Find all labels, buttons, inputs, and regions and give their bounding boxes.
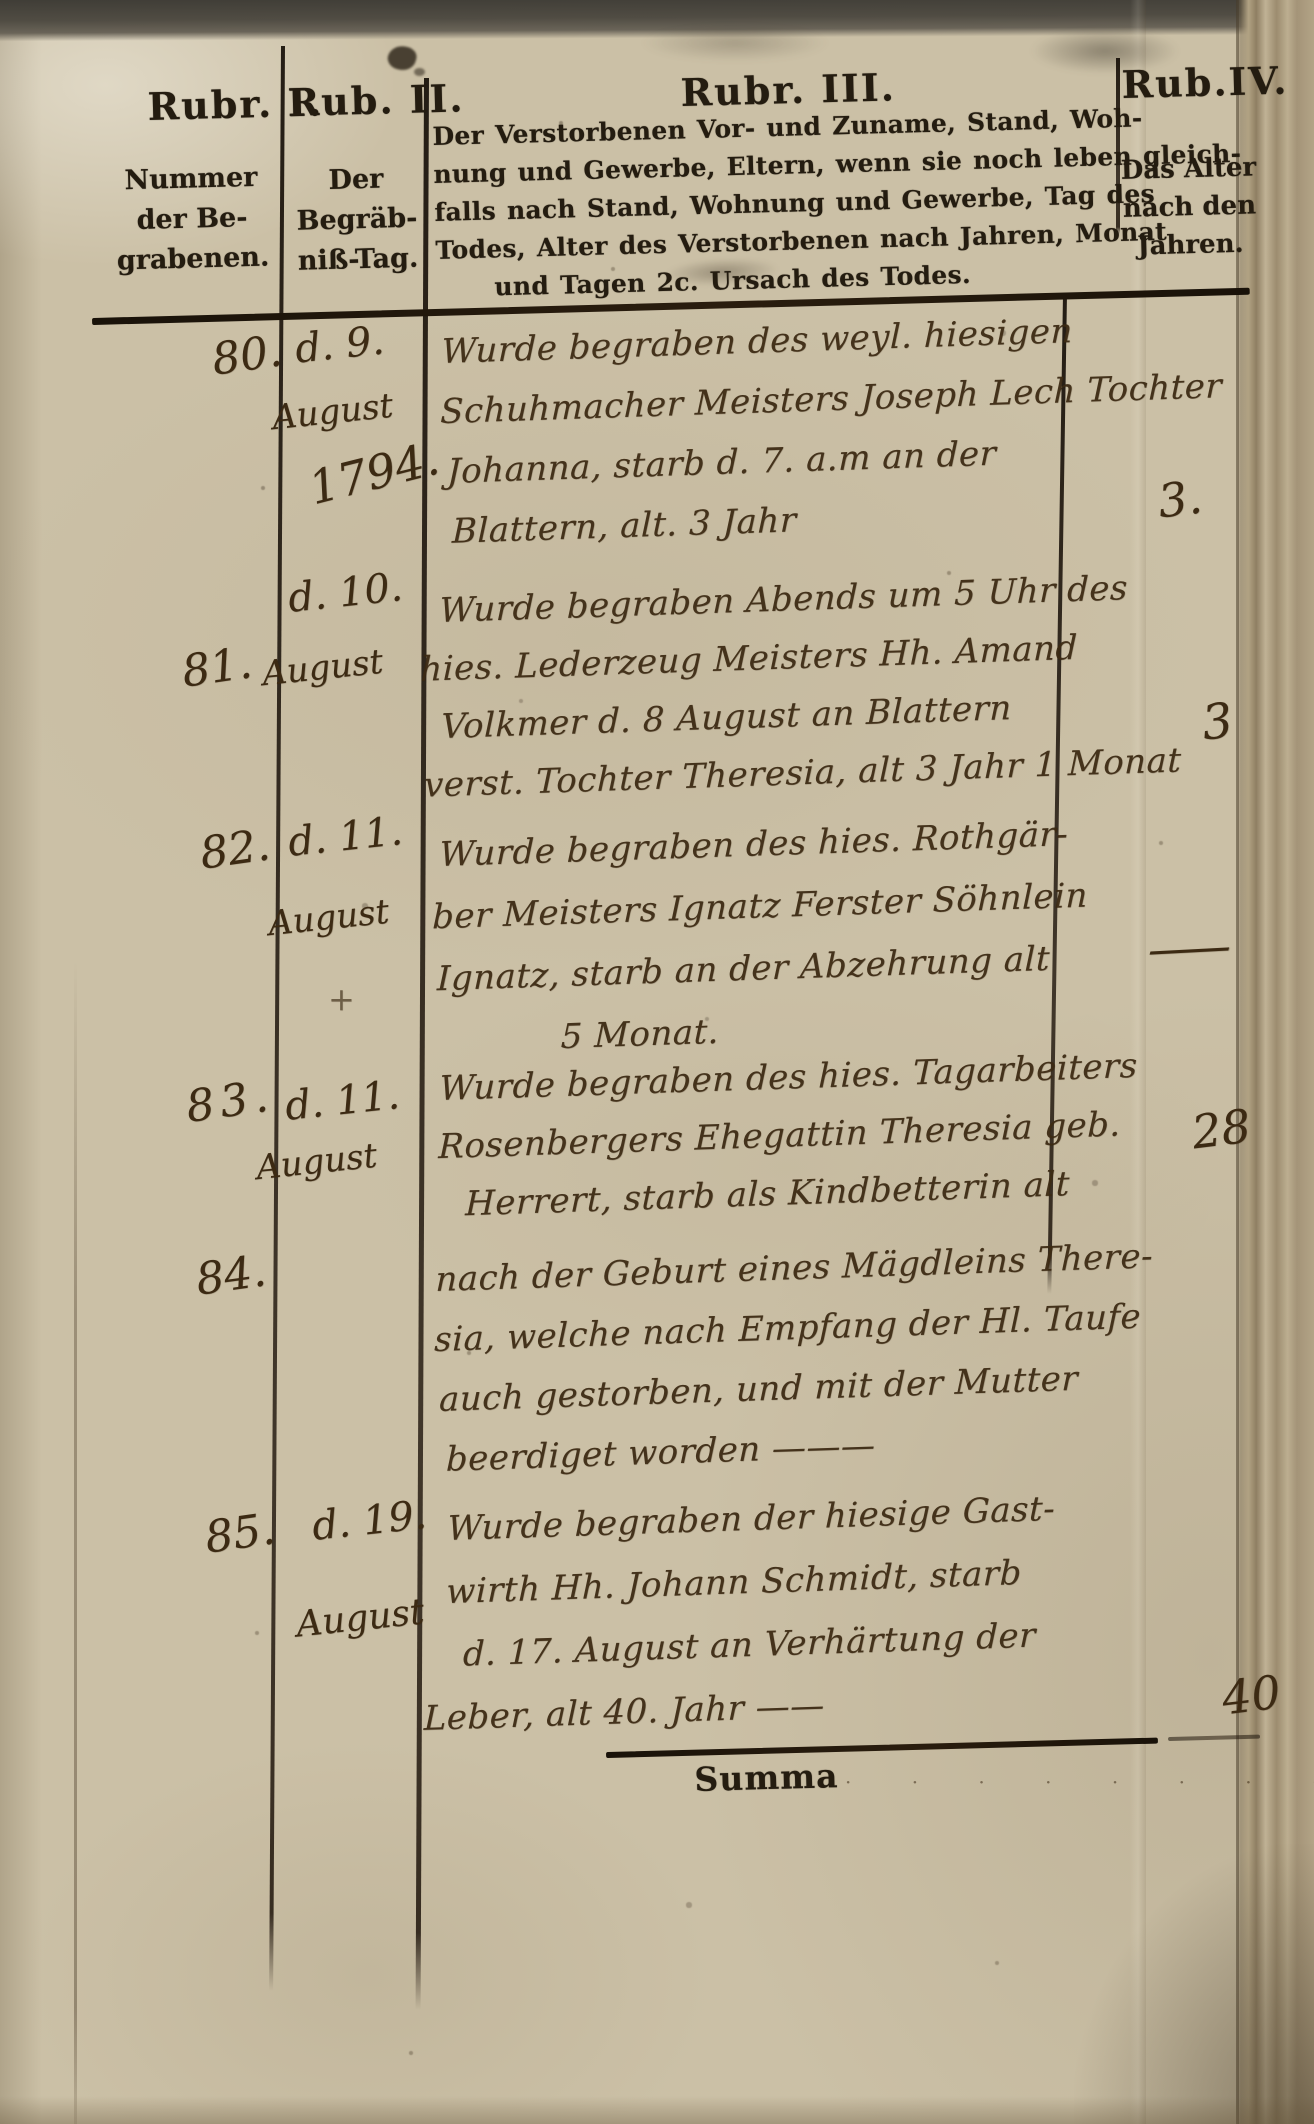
entry-number: 82.: [197, 819, 273, 879]
column-header-1: Nummer der Be- grabenen.: [98, 157, 286, 282]
burial-date-day: d. 11.: [283, 1072, 402, 1130]
column-header-1-line: grabenen.: [100, 237, 286, 282]
age-value: —: [1145, 918, 1234, 978]
paper-crease-left: [74, 960, 77, 2124]
column-header-2: Der Begräb- niß-Tag.: [288, 158, 426, 281]
entry-number: 83.: [183, 1070, 277, 1133]
entry-text: Wurde begraben des hies. Rothgär- ber Me…: [435, 802, 1089, 1072]
entry-text: Wurde begraben Abends um 5 Uhr des hies.…: [436, 557, 1186, 814]
age-value: 28: [1189, 1099, 1254, 1160]
column-header-2-line: Begräb-: [289, 198, 425, 242]
entry-number: 80.: [209, 325, 285, 385]
summa-marks: · · · · · · · ·: [845, 1770, 1314, 1794]
ink-blot: [414, 68, 425, 76]
paper-specks: [0, 0, 2, 2]
burial-date-day: d. 11.: [286, 808, 405, 866]
entry-text: Wurde begraben des hies. Tagarbeiters Ro…: [437, 1037, 1139, 1234]
page-edge-stack: [1236, 0, 1314, 2124]
bottom-shadow: [0, 2096, 1314, 2124]
age-value: 3: [1199, 692, 1236, 751]
burial-date-month: August: [270, 386, 395, 438]
ink-smudge: [640, 24, 830, 62]
entry-number: 85.: [202, 1503, 278, 1563]
age-value: 3.: [1155, 470, 1205, 529]
age-value: 40: [1219, 1665, 1284, 1726]
burial-date-day: d. 10.: [286, 564, 405, 622]
corner-shadow: [1074, 1844, 1314, 2124]
column-header-4-line: Jahren.: [1120, 224, 1261, 266]
entry-number: 81.: [179, 637, 255, 697]
entry-text: Wurde begraben der hiesige Gast- wirth H…: [443, 1478, 1056, 1750]
column-header-4-line: Das Alter: [1118, 148, 1259, 190]
column-header-4-line: nach den: [1119, 186, 1260, 228]
column-header-1-line: der Be-: [99, 197, 285, 242]
burial-date-day: d. 9.: [293, 317, 387, 372]
column-header-1-line: Nummer: [98, 157, 284, 202]
burial-register-page: Rubr. I. Rub. II. Rubr. III. Rub.IV. Num…: [0, 0, 1314, 2124]
column-header-2-line: Der: [288, 158, 424, 202]
entry-text: Wurde begraben des weyl. hiesigen Schuhm…: [437, 296, 1223, 562]
burial-date-day: d. 19.: [310, 1492, 429, 1550]
ink-blot: [385, 43, 418, 73]
burial-date-month: August: [266, 892, 391, 944]
summa-label: Summa: [694, 1756, 839, 1799]
column-header-4: Das Alter nach den Jahren.: [1118, 148, 1261, 266]
cross-mark: +: [328, 980, 355, 1018]
entry-text: nach der Geburt eines Mägdleins There- s…: [431, 1226, 1153, 1490]
page-edge-line: [1236, 0, 1239, 2124]
burial-date-month: August: [294, 1591, 426, 1645]
column-header-2-line: niß-Tag.: [290, 238, 426, 282]
burial-date-month: August: [254, 1136, 379, 1188]
entry-number: 84.: [193, 1245, 269, 1305]
